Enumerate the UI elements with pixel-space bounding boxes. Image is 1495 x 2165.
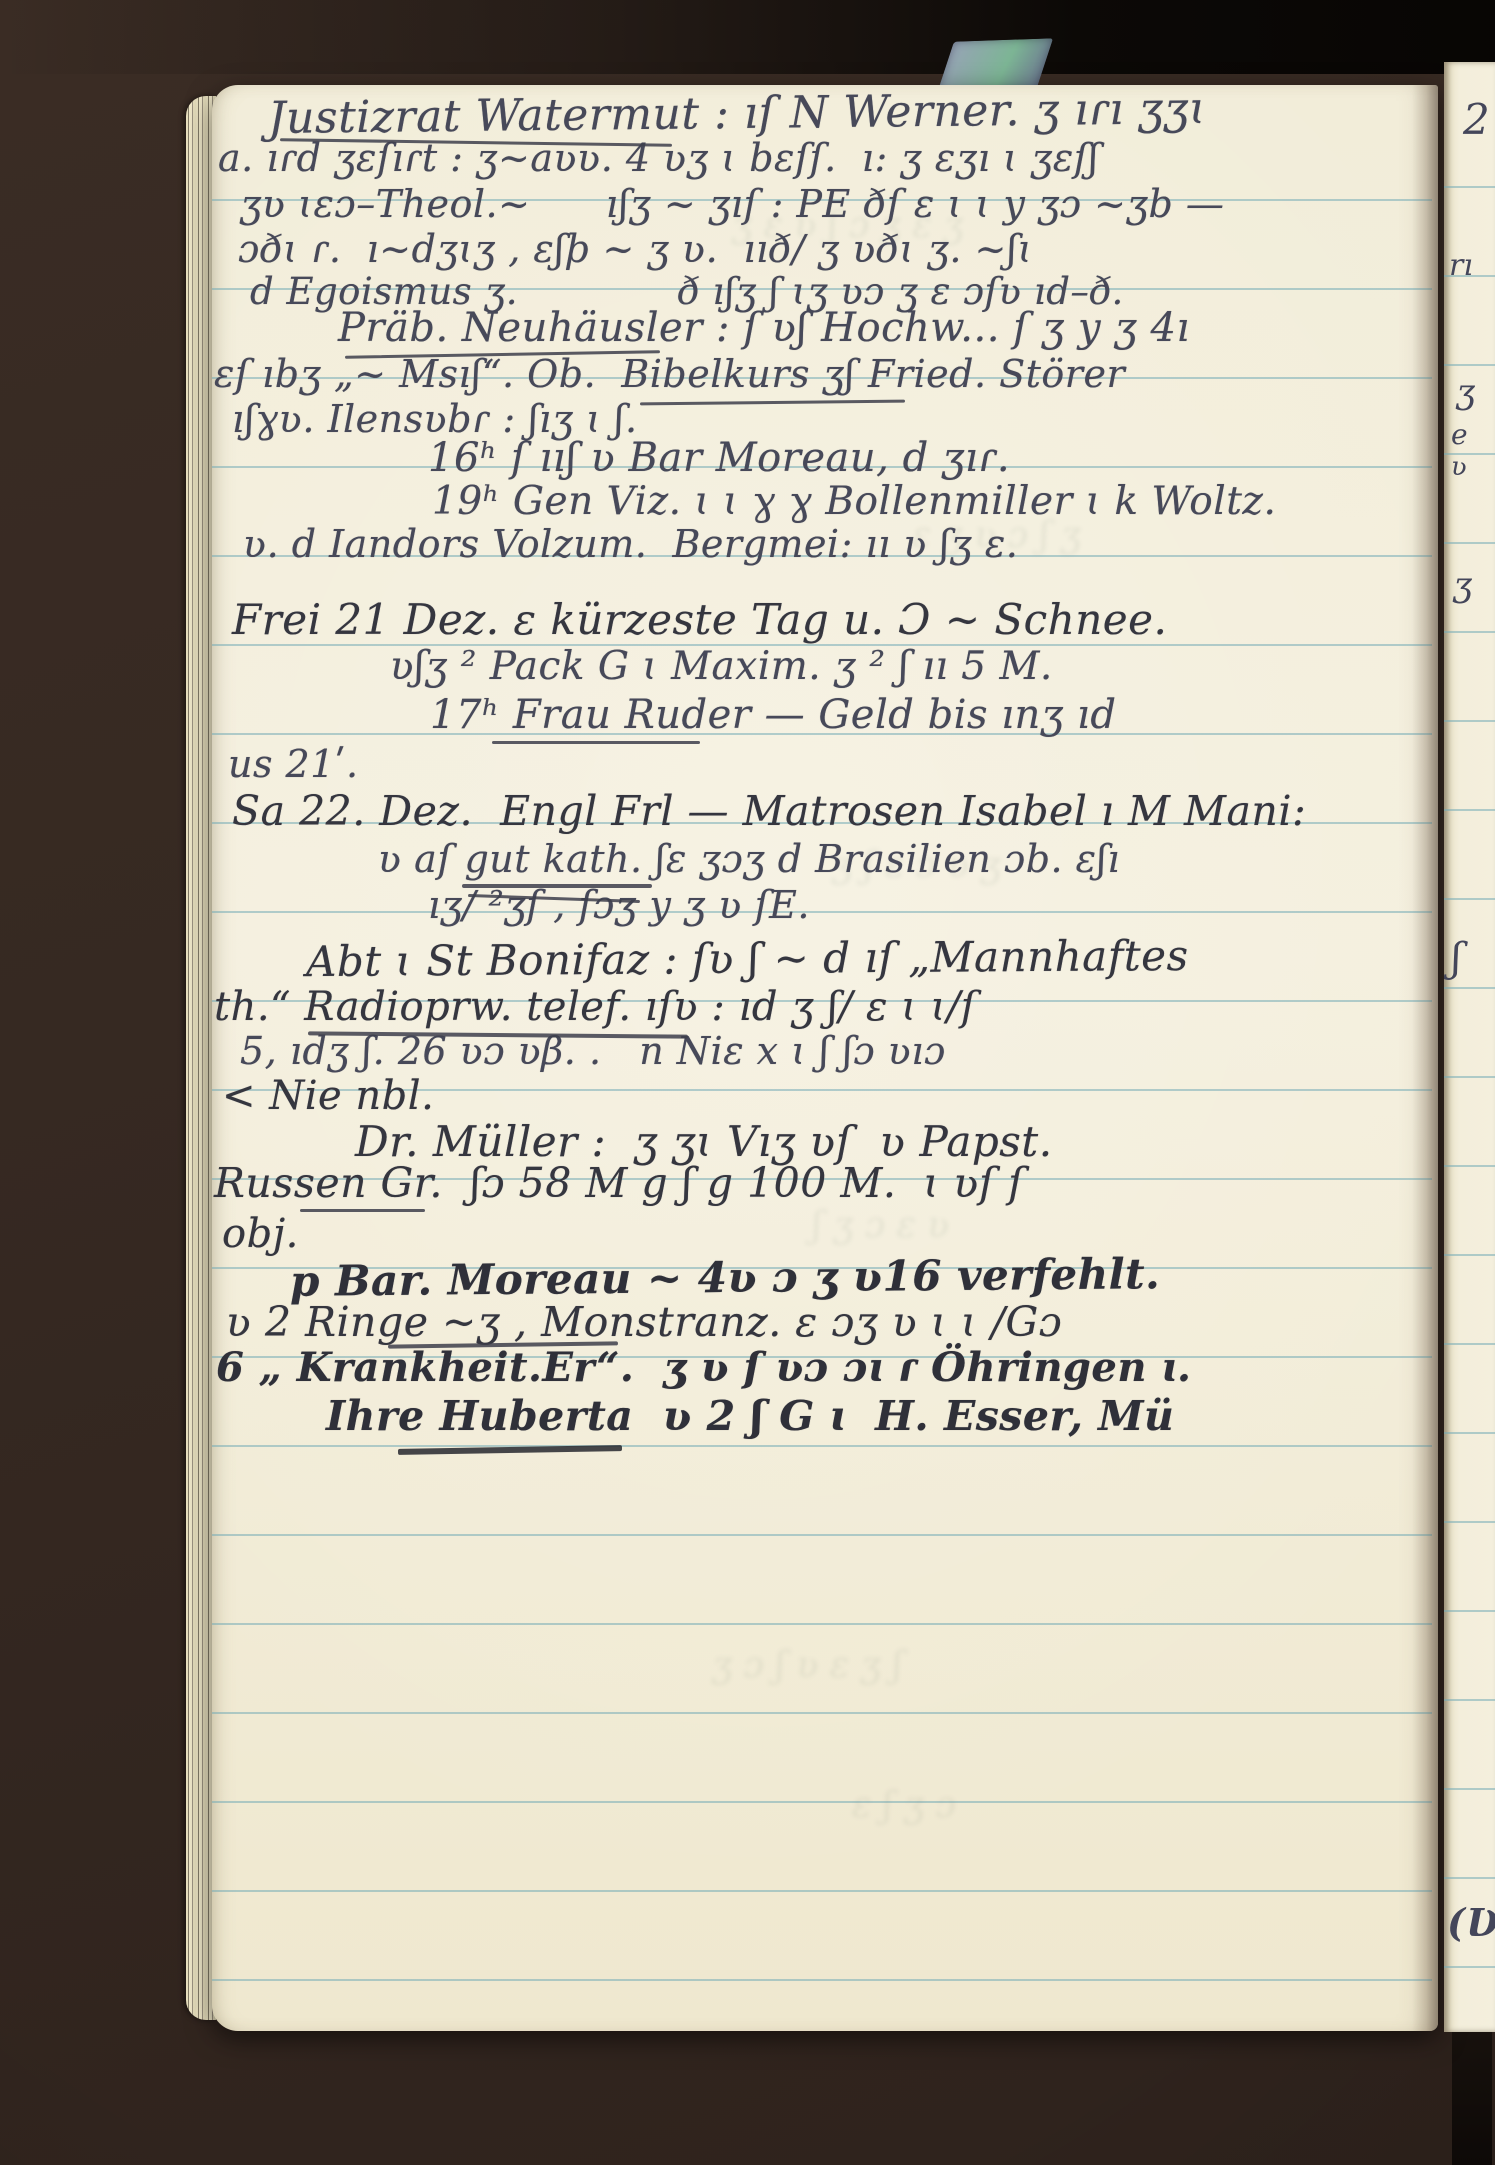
handwriting-line: Ihre Huberta ʋ 2 ʃ G ɩ H. Esser, Mü bbox=[326, 1396, 1174, 1437]
handwriting-line: ıʒ/ ²ʒſ , ſɔʒ y ʒ ʋ ſE. bbox=[428, 886, 810, 924]
handwriting-line: us 21ʹ. bbox=[228, 745, 359, 783]
notebook-page: ʒ ɛ ʋ ʃ ɔ ʒ ɛ ʒ ɛ ʒ ʋ ɔ ʃ ʒ ʒ ʃ ɛ ɔ ʋ ʒ … bbox=[212, 85, 1438, 2031]
handwriting-line: Abt ɩ St Bonifaz : ſʋ ʃ ~ d ıſ „Mannhaft… bbox=[306, 935, 1189, 983]
handwriting-line: p Bar. Moreau ~ 4ʋ ɔ ʒ ʋ16 verfehlt. bbox=[290, 1253, 1161, 1303]
handwriting-line: th.“ Radioprw. telef. ıſʋ : ıd ʒ ʃ/ ɛ ɩ … bbox=[214, 987, 976, 1027]
cover-shadow bbox=[0, 0, 1495, 74]
handwriting-line: 17ʰ Frau Ruder — Geld bis ınʒ ıd bbox=[430, 695, 1116, 735]
handwriting-fragment: 2 bbox=[1463, 95, 1490, 144]
handwriting-fragment: ʒ bbox=[1456, 372, 1475, 412]
handwriting-fragment: ʒ bbox=[1453, 565, 1472, 605]
handwriting-line: Sa 22. Dez. Engl Frl — Matrosen Isabel ı… bbox=[232, 791, 1306, 832]
handwriting-line: Frei 21 Dez. ɛ kürzeste Tag u. Ɔ ~ Schne… bbox=[232, 599, 1167, 641]
handwriting-line: < Nie nbl. bbox=[222, 1076, 434, 1116]
handwriting-fragment: (Ʋ bbox=[1447, 1900, 1495, 1945]
ink-showthrough: ʃ ʒ ɔ ɛ ʋ bbox=[812, 1205, 949, 1246]
handwriting-line: 19ʰ Gen Viz. ɩ ɩ ɣ ɣ Bollenmiller ɩ k Wo… bbox=[432, 482, 1276, 521]
handwriting-fragment: rı bbox=[1449, 248, 1473, 283]
ink-showthrough: ɛ ʃ ʒ ɔ bbox=[852, 1785, 956, 1826]
ink-showthrough: ʒ ɔ ʃ ʋ ɛ ʒ ʃ bbox=[712, 1645, 902, 1686]
handwriting-line: Russen Gr. ʃɔ 58 M g ʃ g 100 M. ɩ ʋſ ſ bbox=[214, 1163, 1024, 1204]
handwriting-line: 6 „ Krankheit.Er“. ʒ ʋ ſ ʋɔ ɔɩ ɾ Öhringe… bbox=[216, 1348, 1191, 1388]
overline-stroke bbox=[300, 1209, 425, 1212]
handwriting-line: ɔðɩ ɾ. ı~dʒɩʒ , ɛʃþ ~ ʒ ʋ. ııð/ ʒ ʋðɩ ʒ.… bbox=[238, 230, 1033, 268]
handwriting-line: ʋ 2 Ringe ~ʒ , Monstranz. ɛ ɔʒ ʋ ɩ ɩ /Gɔ bbox=[226, 1302, 1062, 1343]
handwriting-line: 16ʰ ſ ııʃ ʋ Bar Moreau, d ʒıɾ. bbox=[428, 438, 1010, 478]
handwriting-line: Justizrat Watermut : ıſ N Werner. ʒ ıɾı … bbox=[268, 87, 1207, 141]
handwriting-line: ıʃɣʋ. Ilensʋbɾ : ʃıʒ ɩ ʃ. bbox=[232, 400, 638, 438]
facing-page-sliver: 2 rı ʒ e ʋ ʒ ʃ (Ʋ bbox=[1444, 62, 1495, 2032]
underline-stroke bbox=[462, 884, 652, 888]
gutter-shadow bbox=[1412, 85, 1438, 2031]
handwriting-line: obj. bbox=[222, 1214, 299, 1254]
handwriting-line: ʋ aſ gut kath. ʃɛ ʒɔʒ d Brasilien ɔb. ɛʃ… bbox=[378, 840, 1120, 878]
handwriting-fragment: ʋ bbox=[1451, 452, 1467, 482]
handwriting-line: ʋʃʒ ² Pack G ɩ Maxim. ʒ ² ʃ ıı 5 M. bbox=[390, 647, 1053, 686]
handwriting-fragment: ʃ bbox=[1451, 935, 1462, 981]
notebook-photo: ʒ ɛ ʋ ʃ ɔ ʒ ɛ ʒ ɛ ʒ ʋ ɔ ʃ ʒ ʒ ʃ ɛ ɔ ʋ ʒ … bbox=[0, 0, 1495, 2165]
handwriting-line: Dr. Müller : ʒ ʒɩ Vıʒ ʋſ ʋ Papst. bbox=[355, 1121, 1053, 1163]
handwriting-line: Präb. Neuhäusler : ſ ʋʃ Hochw... ſ ʒ y ʒ… bbox=[338, 308, 1190, 348]
handwriting-line: ɛſ ıbʒ „~ Msıʃ“. Ob. Bibelkurs ʒʃ Fried.… bbox=[214, 355, 1125, 393]
handwriting-fragment: e bbox=[1451, 418, 1468, 451]
binding-gap-shadow bbox=[1452, 2032, 1492, 2165]
handwriting-line: ʋ. d Iandors Volzum. Bergmei: ıı ʋ ʃʒ ɛ. bbox=[243, 525, 1018, 563]
underline-stroke bbox=[492, 741, 700, 744]
handwriting-line: ʒʋ ɩɛɔ–Theol.~ ıʃʒ ~ ʒıſ : PE ðſ ɛ ɩ ɩ y… bbox=[240, 185, 1224, 223]
